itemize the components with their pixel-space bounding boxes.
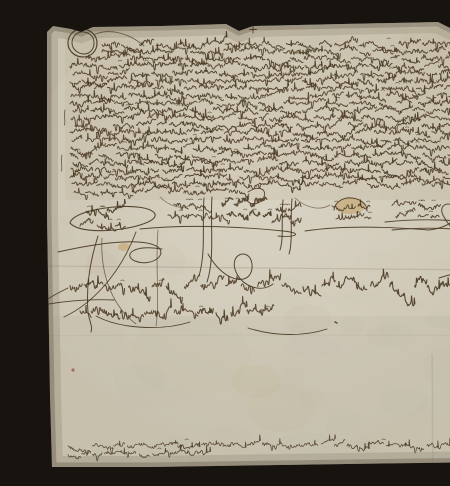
manuscript-scan xyxy=(40,16,450,470)
manuscript-render xyxy=(40,16,450,470)
